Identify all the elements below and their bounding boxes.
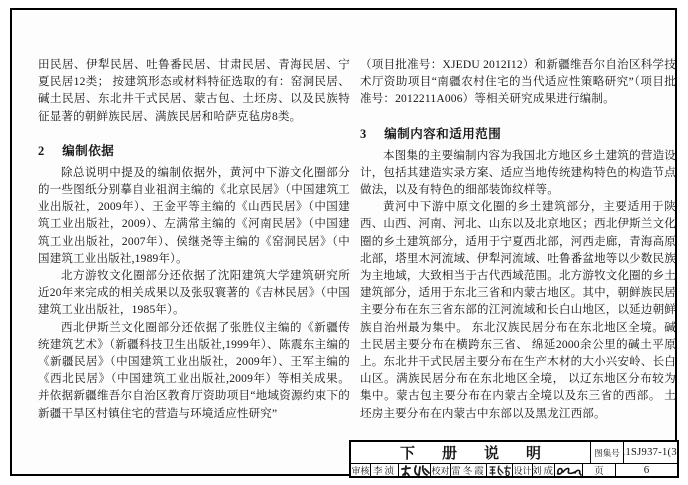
paragraph: 除总说明中提及的编制依据外，黄河中下游文化圈部分的一些图纸分别摹自业祖润主编的《… bbox=[38, 165, 350, 268]
section-heading-3: 3编制内容和适用范围 bbox=[360, 124, 676, 142]
paragraph: 北方游牧文化圈部分还依据了沈阳建筑大学建筑研究所近20年来完成的相关成果以及张驭… bbox=[38, 268, 350, 320]
design-label: 设计 bbox=[513, 464, 533, 476]
body-column-right: （项目批准号：XJEDU 2012I12）和新疆维吾尔自治区科学技术厅资助项目“… bbox=[360, 57, 676, 423]
section-number: 3 bbox=[360, 127, 367, 141]
page-label: 页 bbox=[583, 464, 616, 476]
proofreader-signature-image bbox=[487, 464, 513, 476]
reviewer-name: 李浈 bbox=[371, 464, 399, 476]
section-number: 2 bbox=[38, 144, 45, 158]
proofreader-name: 雷冬霞 bbox=[451, 464, 487, 476]
paragraph: 黄河中下游中原文化圈的乡土建筑部分，主要适用于陕西、山西、河南、河北、山东以及北… bbox=[360, 199, 676, 423]
page-number: 6 bbox=[616, 464, 677, 476]
reviewer-signature-image bbox=[399, 464, 431, 476]
page-border-frame: 田民居、伊犁民居、吐鲁番民居、甘肃民居、青海民居、宁夏民居12类； 按建筑形态或… bbox=[10, 8, 677, 476]
atlas-number-value: 11SJ937-1(3) bbox=[624, 442, 677, 463]
paragraph-continued: 田民居、伊犁民居、吐鲁番民居、甘肃民居、青海民居、宁夏民居12类； 按建筑形态或… bbox=[38, 57, 350, 126]
designer-name: 刘成 bbox=[533, 464, 555, 476]
proof-label: 校对 bbox=[431, 464, 451, 476]
section-heading-2: 2编制依据 bbox=[38, 141, 350, 159]
sheet-title: 下册说明 bbox=[351, 442, 591, 463]
paragraph-continued: （项目批准号：XJEDU 2012I12）和新疆维吾尔自治区科学技术厅资助项目“… bbox=[360, 57, 676, 109]
title-block-bottom-row: 审核 李浈 校对 雷冬霞 设计 刘成 bbox=[351, 464, 677, 476]
title-block-top-row: 下册说明 图集号 11SJ937-1(3) bbox=[351, 442, 677, 464]
section-title: 编制依据 bbox=[62, 144, 114, 158]
atlas-number-label: 图集号 bbox=[591, 442, 624, 463]
paragraph: 本图集的主要编制内容为我国北方地区乡土建筑的营造设计，包括其建造实录方案、适应当… bbox=[360, 148, 676, 200]
title-block-table: 下册说明 图集号 11SJ937-1(3) 审核 李浈 校对 雷冬霞 bbox=[349, 440, 679, 478]
paragraph: 西北伊斯兰文化圈部分还依据了张胜仪主编的《新疆传统建筑艺术》（新疆科技卫生出版社… bbox=[38, 320, 350, 423]
review-label: 审核 bbox=[351, 464, 371, 476]
body-column-left: 田民居、伊犁民居、吐鲁番民居、甘肃民居、青海民居、宁夏民居12类； 按建筑形态或… bbox=[38, 57, 350, 423]
designer-signature-image bbox=[555, 464, 583, 476]
section-title: 编制内容和适用范围 bbox=[384, 127, 501, 141]
